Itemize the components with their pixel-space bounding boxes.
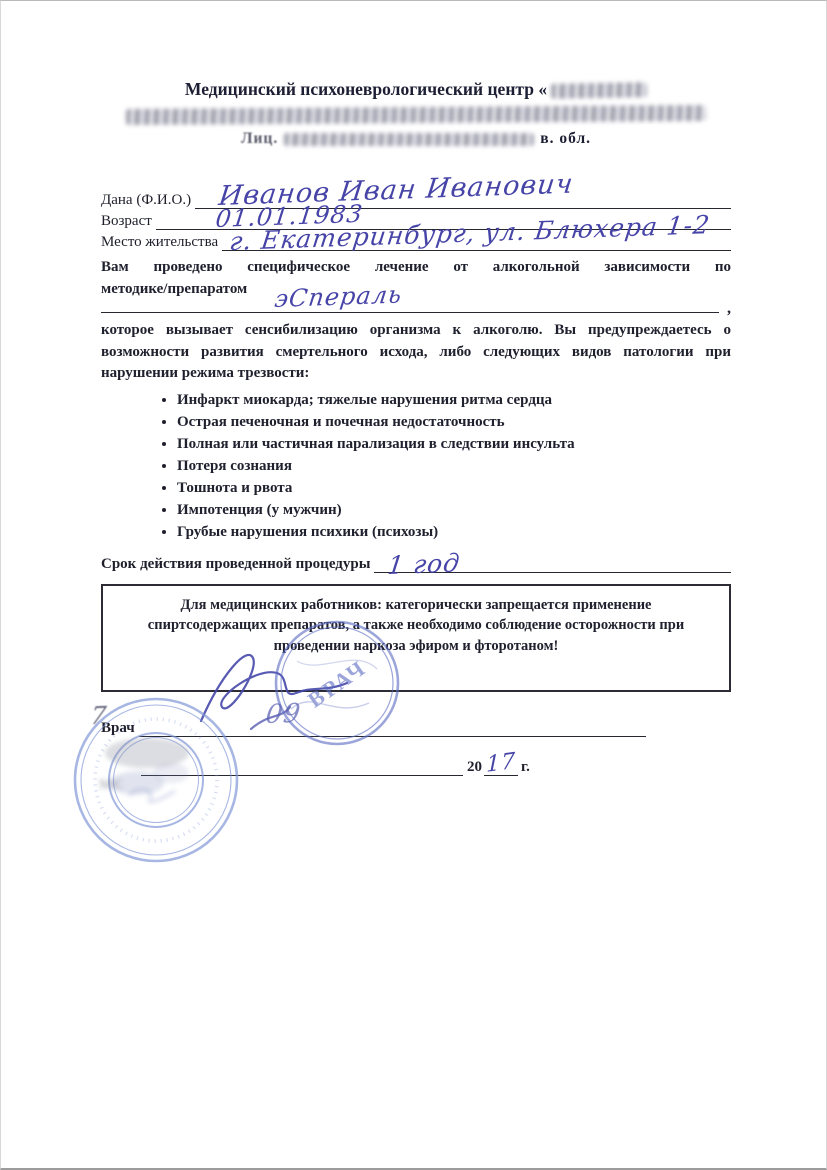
trailing-comma: ,	[727, 300, 731, 318]
risk-item: Тошнота и рвота	[177, 477, 731, 499]
duration-fill-line: 1 год	[374, 572, 731, 573]
year-handwritten-value: 17	[486, 749, 516, 778]
treatment-intro-line1: Вам проведено специфическое лечение от а…	[101, 256, 731, 278]
license-suffix: в. обл.	[540, 130, 591, 147]
license-line: Лиц.в. обл.	[101, 128, 731, 150]
risk-item: Острая печеночная и почечная недостаточн…	[177, 411, 731, 433]
risk-item: Грубые нарушения психики (психозы)	[177, 521, 731, 543]
document-header: Медицинский психоневрологический центр «…	[101, 77, 731, 150]
seal-ghost-text: МС	[99, 777, 124, 793]
risk-item: Импотенция (у мужчин)	[177, 499, 731, 521]
document-page: Медицинский психоневрологический центр «…	[0, 0, 827, 1170]
age-label: Возраст	[101, 213, 156, 230]
duration-label: Срок действия проведенной процедуры	[101, 556, 374, 573]
drug-underline	[101, 312, 719, 313]
drug-fill-line: эСпераль ,	[101, 300, 731, 313]
address-fill-line: г. Екатеринбург, ул. Блюхера 1-2	[222, 250, 731, 251]
redacted-license-smudge	[284, 133, 534, 146]
redacted-address-smudge	[126, 105, 706, 125]
risk-item: Инфаркт миокарда; тяжелые нарушения ритм…	[177, 389, 731, 411]
name-label: Дана (Ф.И.О.)	[101, 192, 195, 209]
risk-item: Полная или частичная парализация в следс…	[177, 433, 731, 455]
field-address: Место жительства г. Екатеринбург, ул. Бл…	[101, 230, 731, 251]
drug-handwritten-value: эСпераль	[273, 280, 404, 313]
patient-fields: Дана (Ф.И.О.) Иванов Иван Иванович Возра…	[101, 188, 731, 251]
duration-handwritten-value: 1 год	[386, 548, 462, 580]
field-duration: Срок действия проведенной процедуры 1 го…	[101, 552, 731, 573]
doctor-round-stamp: ВРАЧ	[271, 617, 403, 749]
field-name: Дана (Ф.И.О.) Иванов Иван Иванович	[101, 188, 731, 209]
redacted-clinic-name-smudge	[551, 83, 647, 100]
license-prefix: Лиц.	[241, 130, 278, 147]
clinic-title-line: Медицинский психоневрологический центр «	[101, 77, 731, 101]
year-fill-line: 17	[484, 751, 518, 776]
address-label: Место жительства	[101, 234, 222, 251]
treatment-intro-line2: методике/препаратом	[101, 278, 731, 300]
clinic-title: Медицинский психоневрологический центр «	[185, 79, 547, 99]
warning-paragraph: которое вызывает сенсибилизацию организм…	[101, 320, 731, 385]
month-handwritten-value: 09	[264, 699, 303, 730]
risk-list: Инфаркт миокарда; тяжелые нарушения ритм…	[101, 389, 731, 543]
year-suffix: г.	[518, 759, 530, 776]
stamp-vrach-text: ВРАЧ	[303, 654, 371, 712]
clinic-address-line	[101, 104, 731, 126]
risk-item: Потеря сознания	[177, 455, 731, 477]
year-prefix: 20	[463, 759, 484, 776]
